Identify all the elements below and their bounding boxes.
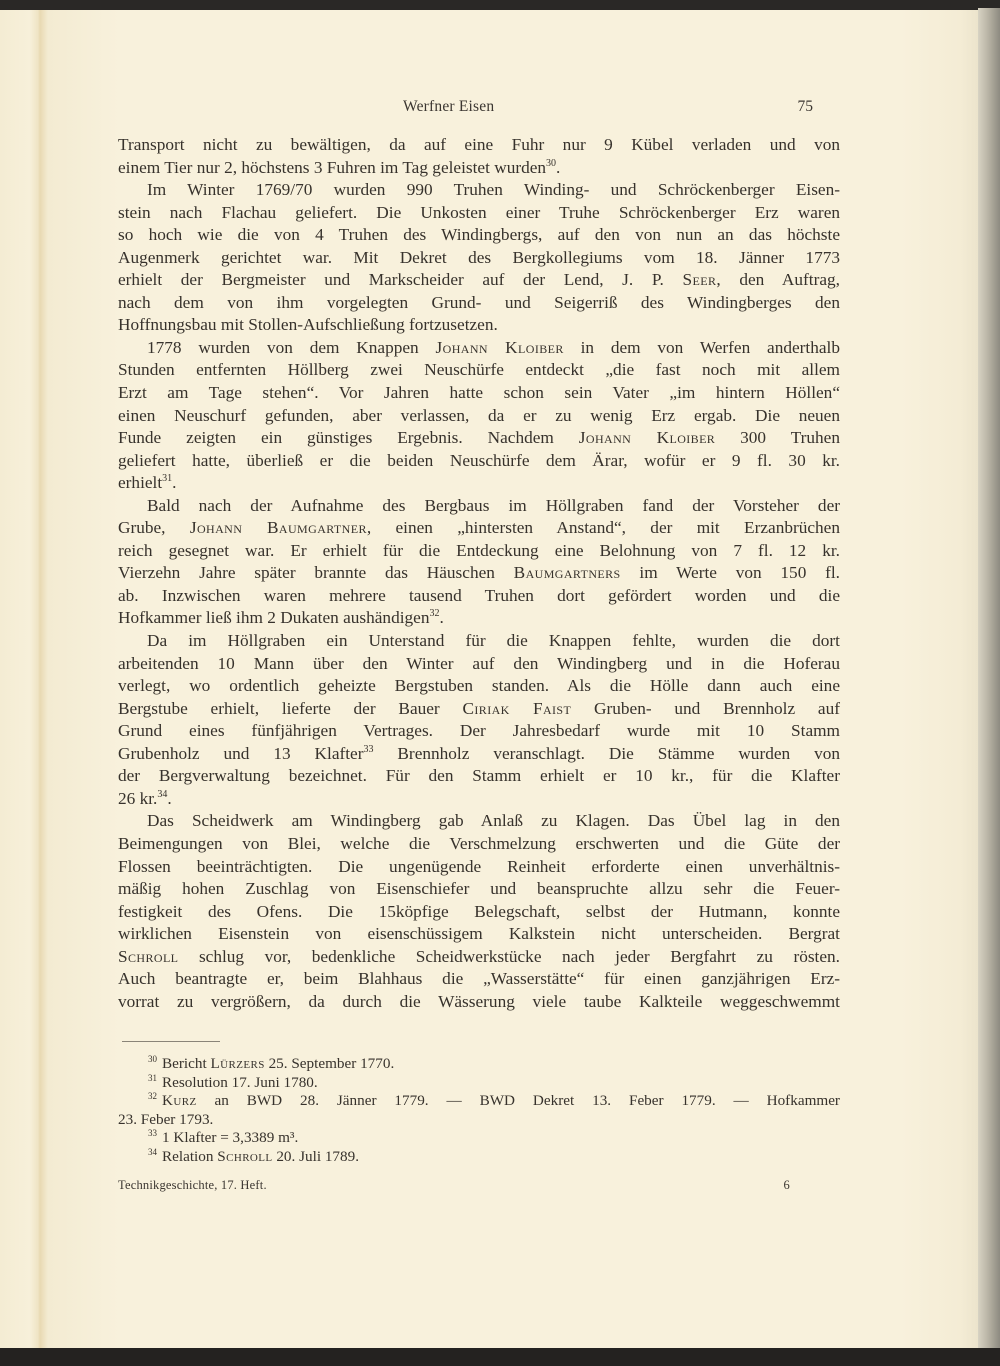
page-stack-edge [978,8,1000,1350]
small-caps-name: Ciriak Faist [462,699,571,718]
text-line: Hofkammer ließ ihm 2 Dukaten aushändigen… [118,607,840,630]
text-line: reich gesegnet war. Er erhielt für die E… [118,540,840,563]
text-line: einen Neuschurf gefunden, aber verlassen… [118,405,840,428]
text-line: nach dem von ihm vorgelegten Grund- und … [118,292,840,315]
footnote-reference[interactable]: 31 [162,473,172,484]
running-head-title: Werfner Eisen [403,98,494,116]
text-line: Grund eines fünfjährigen Vertrages. Der … [118,720,840,743]
text-line: Schroll schlug vor, bedenkliche Scheidwe… [118,946,840,969]
text-line: Bergstube erhielt, lieferte der Bauer Ci… [118,698,840,721]
text-line: der Bergverwaltung bezeichnet. Für den S… [118,765,840,788]
small-caps-name: Kurz [162,1092,197,1109]
text-line: Stunden entfernten Höllberg zwei Neuschü… [118,359,840,382]
text-line: Das Scheidwerk am Windingberg gab Anlaß … [118,810,840,833]
small-caps-name: Schroll [217,1148,272,1165]
running-head: Werfner Eisen 75 [118,98,813,118]
text-line: erhielt31. [118,472,840,495]
text-line: Grubenholz und 13 Klafter33 Brennholz ve… [118,743,840,766]
paragraph: Bald nach der Aufnahme des Bergbaus im H… [118,495,840,630]
footnote-continuation: 23. Feber 1793. [118,1111,840,1130]
small-caps-name: Johann Kloiber [436,338,564,357]
text-line: verlegt, wo ordentlich geheizte Bergstub… [118,675,840,698]
text-line: stein nach Flachau geliefert. Die Unkost… [118,202,840,225]
text-line: so hoch wie die von 4 Truhen des Winding… [118,224,840,247]
footnote-reference[interactable]: 32 [429,608,439,619]
text-line: Augenmerk gerichtet war. Mit Dekret des … [118,247,840,270]
footnote: 30Bericht Lürzers 25. September 1770. [118,1055,840,1074]
footnote: 32Kurz an BWD 28. Jänner 1779. — BWD Dek… [118,1092,840,1111]
text-line: Da im Höllgraben ein Unterstand für die … [118,630,840,653]
small-caps-name: Baumgartners [514,563,621,582]
text-line: 1778 wurden von dem Knappen Johann Kloib… [118,337,840,360]
sheet-number: 6 [784,1178,790,1193]
text-line: 26 kr.34. [118,788,840,811]
small-caps-name: Lürzers [211,1055,265,1072]
footnote: 34Relation Schroll 20. Juli 1789. [118,1148,840,1167]
footnote-number: 34 [148,1147,157,1157]
text-line: Auch beantragte er, beim Blahhaus die „W… [118,968,840,991]
text-line: wirklichen Eisenstein von eisenschüssige… [118,923,840,946]
text-line: vorrat zu vergrößern, da durch die Wässe… [118,991,840,1014]
signature-text: Technikgeschichte, 17. Heft. [118,1178,267,1192]
text-line: Hoffnungsbau mit Stollen-Aufschließung f… [118,314,840,337]
text-line: Im Winter 1769/70 wurden 990 Truhen Wind… [118,179,840,202]
text-line: einem Tier nur 2, höchstens 3 Fuhren im … [118,157,840,180]
small-caps-name: Seer [682,270,716,289]
paragraph: Im Winter 1769/70 wurden 990 Truhen Wind… [118,179,840,337]
footnote: 31Resolution 17. Juni 1780. [118,1074,840,1093]
footnote-number: 33 [148,1128,157,1138]
printer-signature: Technikgeschichte, 17. Heft. 6 [118,1178,790,1193]
paragraph: 1778 wurden von dem Knappen Johann Kloib… [118,337,840,495]
paragraph: Transport nicht zu bewältigen, da auf ei… [118,134,840,179]
scan-background [0,1348,1000,1366]
small-caps-name: Johann Kloiber [579,428,715,447]
text-line: Bald nach der Aufnahme des Bergbaus im H… [118,495,840,518]
text-line: arbeitenden 10 Mann über den Winter auf … [118,653,840,676]
paragraph: Das Scheidwerk am Windingberg gab Anlaß … [118,810,840,1013]
text-line: Funde zeigten ein günstiges Ergebnis. Na… [118,427,840,450]
footnote-reference[interactable]: 30 [546,158,556,169]
body-text: Transport nicht zu bewältigen, da auf ei… [118,134,840,1013]
book-page: Werfner Eisen 75 Transport nicht zu bewä… [0,10,978,1350]
footnote-reference[interactable]: 33 [363,744,373,755]
text-line: Transport nicht zu bewältigen, da auf ei… [118,134,840,157]
paragraph: Da im Höllgraben ein Unterstand für die … [118,630,840,810]
footnote: 331 Klafter = 3,3389 m³. [118,1129,840,1148]
footnote-number: 30 [148,1054,157,1064]
text-line: erhielt der Bergmeister und Markscheider… [118,269,840,292]
footnote-number: 31 [148,1073,157,1083]
text-line: Grube, Johann Baumgartner, einen „hinter… [118,517,840,540]
page-number: 75 [798,98,814,116]
text-line: Vierzehn Jahre später brannte das Häusch… [118,562,840,585]
footnote-reference[interactable]: 34 [157,789,167,800]
text-line: mäßig hohen Zuschlag von Eisenschiefer u… [118,878,840,901]
footnote-divider [122,1041,220,1042]
text-line: ab. Inzwischen waren mehrere tausend Tru… [118,585,840,608]
text-line: Beimengungen von Blei, welche die Versch… [118,833,840,856]
text-line: Erzt am Tage stehen“. Vor Jahren hatte s… [118,382,840,405]
text-line: geliefert hatte, überließ er die beiden … [118,450,840,473]
small-caps-name: Johann Baumgartner [190,518,367,537]
text-line: festigkeit des Ofens. Die 15köpfige Bele… [118,901,840,924]
footnote-number: 32 [148,1091,157,1101]
small-caps-name: Schroll [118,947,178,966]
footnotes: 30Bericht Lürzers 25. September 1770.31R… [118,1055,840,1167]
text-line: Flossen beeinträchtigten. Die ungenügend… [118,856,840,879]
